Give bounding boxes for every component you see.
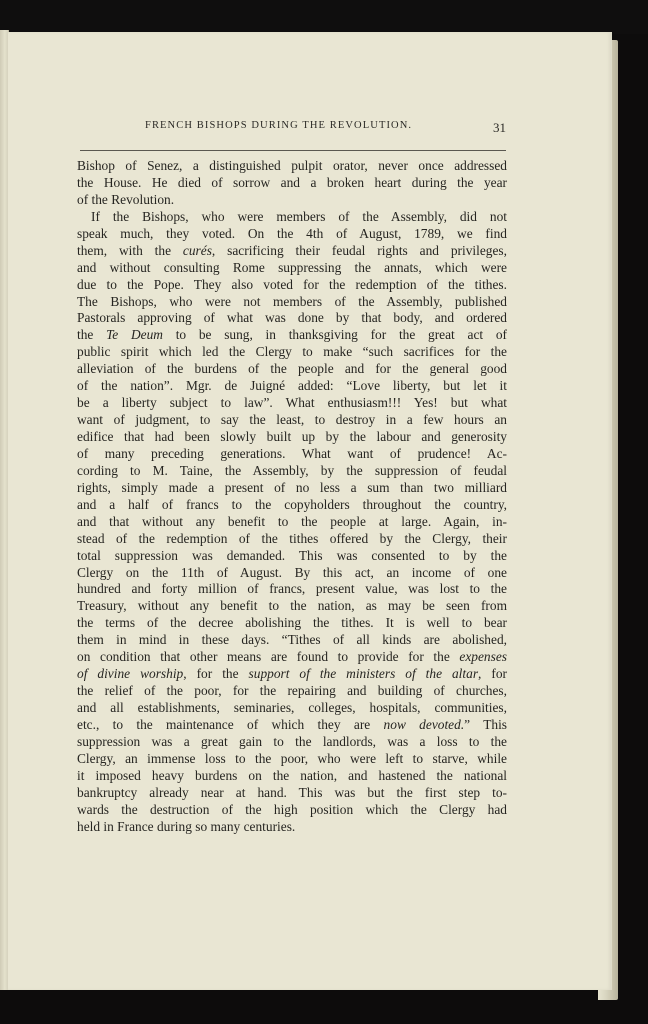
text-line: the Te Deum to be sung, in thanksgiving … [77,327,507,344]
text-line: bankruptcy already near at hand. This wa… [77,785,507,802]
text-line: suppression was a great gain to the land… [77,734,507,751]
text-line: and that without any benefit to the peop… [77,514,507,531]
text-line: rights, simply made a present of no less… [77,480,507,497]
text-line: of the nation”. Mgr. de Juigné added: “L… [77,378,507,395]
italic-phrase: expenses [459,649,507,664]
text-line: on condition that other means are found … [77,649,507,666]
text-line: the House. He died of sorrow and a broke… [77,175,507,192]
body-text: Bishop of Senez, a distinguished pulpit … [77,158,507,836]
text-line: alleviation of the burdens of the people… [77,361,507,378]
text-line: and without consulting Rome suppressing … [77,260,507,277]
text-line: Bishop of Senez, a distinguished pulpit … [77,158,507,175]
page-number: 31 [493,120,506,136]
text-line: The Bishops, who were not members of the… [77,294,507,311]
text-line: wards the destruction of the high positi… [77,802,507,819]
scan-background [0,0,648,34]
text-line: etc., to the maintenance of which they a… [77,717,507,734]
text-line: them in mind in these days. “Tithes of a… [77,632,507,649]
paragraph: Bishop of Senez, a distinguished pulpit … [77,158,507,209]
text-line: be a liberty subject to law”. What enthu… [77,395,507,412]
text-line: want of judgment, to say the least, to d… [77,412,507,429]
text-line: the terms of the decree abolishing the t… [77,615,507,632]
header-rule [80,150,506,151]
text-line: and a half of francs to the copyholders … [77,497,507,514]
text-line: them, with the curés, sacrificing their … [77,243,507,260]
text-line: it imposed heavy burdens on the nation, … [77,768,507,785]
text-line: total suppression was demanded. This was… [77,548,507,565]
text-line: of the Revolution. [77,192,507,209]
running-head: FRENCH BISHOPS DURING THE REVOLUTION. [145,120,445,131]
text-line: speak much, they voted. On the 4th of Au… [77,226,507,243]
italic-phrase: Te Deum [106,327,163,342]
text-line: cording to M. Taine, the Assembly, by th… [77,463,507,480]
italic-phrase: curés [183,243,212,258]
text-line: of many preceding generations. What want… [77,446,507,463]
italic-phrase: of divine worship [77,666,183,681]
text-line: and all establishments, seminaries, coll… [77,700,507,717]
text-line: Pastorals approving of what was done by … [77,310,507,327]
text-line: Clergy, an immense loss to the poor, who… [77,751,507,768]
text-line: Clergy on the 11th of August. By this ac… [77,565,507,582]
text-line: stead of the redemption of the tithes of… [77,531,507,548]
paragraph: If the Bishops, who were members of the … [77,209,507,836]
italic-phrase: support of the ministers of the altar [249,666,479,681]
text-line: edifice that had been slowly built up by… [77,429,507,446]
text-line: of divine worship, for the support of th… [77,666,507,683]
text-line: held in France during so many centuries. [77,819,507,836]
text-line: hundred and forty million of francs, pre… [77,581,507,598]
italic-phrase: now devoted. [384,717,465,732]
text-line: due to the Pope. They also voted for the… [77,277,507,294]
text-line: the relief of the poor, for the repairin… [77,683,507,700]
text-line: Treasury, without any benefit to the nat… [77,598,507,615]
text-line: If the Bishops, who were members of the … [77,209,507,226]
text-line: public spirit which led the Clergy to ma… [77,344,507,361]
